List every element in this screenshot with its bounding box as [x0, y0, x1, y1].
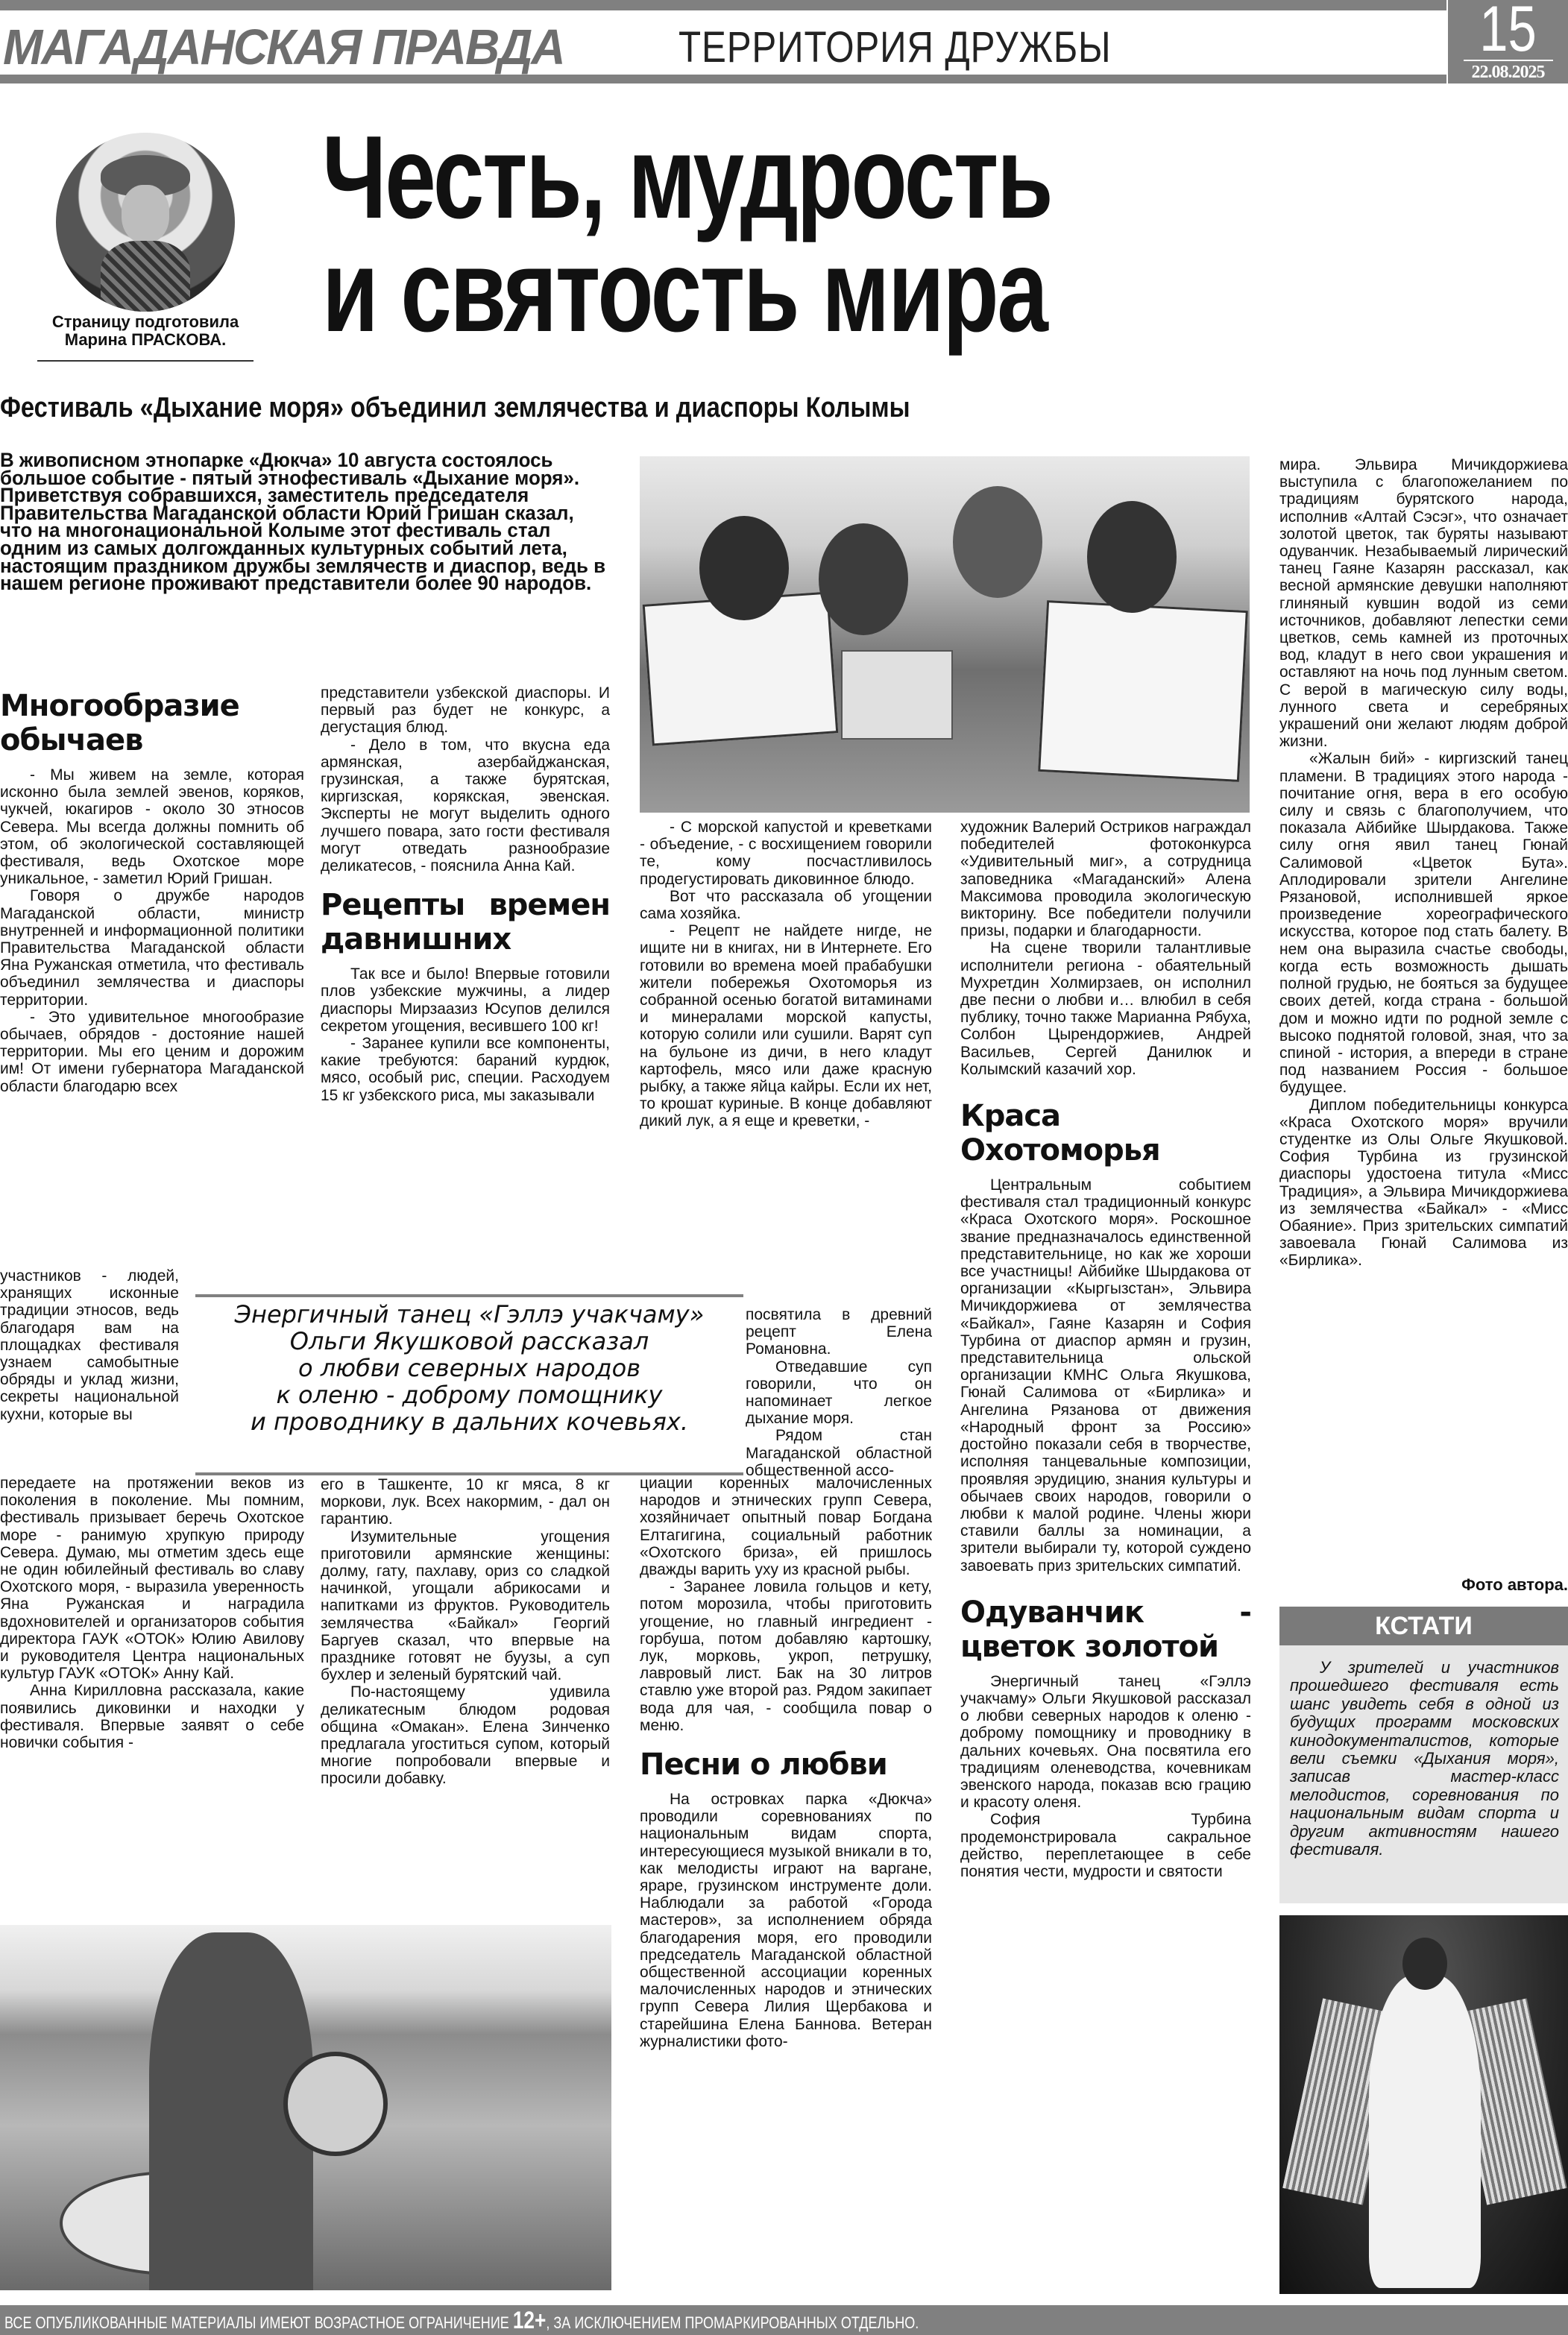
photo-cooking — [0, 1925, 611, 2290]
article-column-3-wrap: посвятила в древний рецепт Елена Романов… — [746, 1306, 932, 1479]
pot-lid-shape — [283, 2052, 388, 2156]
aside-box: У зрителей и участников прошедшего фести… — [1279, 1645, 1568, 1903]
section-heading: Рецепты времен давнишних — [321, 888, 610, 957]
paragraph: мира. Эльвира Мичикдоржиева выступила с … — [1279, 456, 1568, 750]
section-heading: Песни о любви — [640, 1748, 932, 1782]
paragraph: Центральным событием фестиваля стал трад… — [960, 1176, 1251, 1575]
paragraph: представители узбекской диаспоры. И перв… — [321, 684, 610, 737]
headline-line2: и святость мира — [322, 234, 1051, 347]
aside-text: У зрителей и участников прошедшего фести… — [1290, 1659, 1559, 1859]
paragraph: посвятила в древний рецепт Елена Романов… — [746, 1306, 932, 1358]
paragraph: Диплом победительницы конкурса «Краса Ох… — [1279, 1097, 1568, 1270]
paragraph: - Заранее ловила гольцов и кету, потом м… — [640, 1578, 932, 1734]
section-heading: Одуванчик - цветок золотой — [960, 1595, 1251, 1664]
paragraph: художник Валерий Остриков награждал побе… — [960, 819, 1251, 939]
paragraph: - Заранее купили все компоненты, какие т… — [321, 1035, 610, 1104]
section-heading: Многообразие обычаев — [0, 689, 304, 757]
paragraph: Вот что рассказала об угощении сама хозя… — [640, 888, 932, 922]
article-column-3-cont: циации коренных малочисленных народов и … — [640, 1475, 932, 2050]
certificate-shape — [841, 650, 953, 740]
head-shape — [1402, 1938, 1447, 1990]
paragraph: Говоря о дружбе народов Магаданской обла… — [0, 887, 304, 1008]
pullquote-line: и проводнику в дальних кочевьях. — [195, 1408, 743, 1435]
footer-text: ВСЕ ОПУБЛИКОВАННЫЕ МАТЕРИАЛЫ ИМЕЮТ ВОЗРА… — [4, 2313, 509, 2332]
newspaper-logo: МАГАДАНСКАЯ ПРАВДА — [3, 18, 564, 76]
pullquote: Энергичный танец «Гэллэ учакчаму» Ольги … — [195, 1301, 743, 1435]
article-column-1-wrap: участников - людей, хранящих исконные тр… — [0, 1267, 179, 1423]
paragraph: - Это удивительное многообразие обычаев,… — [0, 1009, 304, 1095]
photo-credit: Фото автора. — [1268, 1575, 1568, 1595]
author-divider — [37, 360, 254, 362]
footer-text: , ЗА ИСКЛЮЧЕНИЕМ ПРОМАРКИРОВАННЫХ ОТДЕЛЬ… — [546, 2313, 919, 2332]
paragraph: Так все и было! Впервые готовили плов уз… — [321, 965, 610, 1035]
poster-shape — [1038, 600, 1248, 782]
lead-paragraph: В живописном этнопарке «Дюкча» 10 август… — [0, 452, 608, 593]
section-heading: Краса Охотоморья — [960, 1099, 1251, 1167]
pullquote-line: Ольги Якушковой рассказал — [195, 1328, 743, 1355]
author-caption-line1: Страницу подготовила — [30, 313, 261, 331]
paragraph: На сцене творили талантливые исполнители… — [960, 939, 1251, 1078]
paragraph: циации коренных малочисленных народов и … — [640, 1475, 932, 1578]
pullquote-line: к оленю - доброму помощнику — [195, 1381, 743, 1408]
person-shape — [1087, 501, 1177, 613]
scarf-shape — [101, 241, 190, 312]
face-shape — [122, 185, 169, 243]
author-name: Марина ПРАСКОВА. — [30, 331, 261, 349]
person-shape — [953, 486, 1042, 598]
paragraph: передаете на протяжении веков из поколен… — [0, 1475, 304, 1682]
paragraph: - Рецепт не найдете нигде, не ищите ни в… — [640, 922, 932, 1129]
paragraph: София Турбина продемонстрировала сакраль… — [960, 1811, 1251, 1880]
paragraph: Отведавшие суп говорили, что он напомина… — [746, 1358, 932, 1428]
person-shape — [699, 516, 789, 620]
aside-title: КСТАТИ — [1279, 1607, 1568, 1645]
page-number: 15 — [1460, 0, 1556, 58]
article-column-3: - С морской капустой и креветками - объе… — [640, 819, 932, 1130]
person-shape — [819, 523, 908, 635]
paragraph: По-настоящему удивила деликатесным блюдо… — [321, 1683, 610, 1787]
paragraph: его в Ташкенте, 10 кг мяса, 8 кг моркови… — [321, 1476, 610, 1528]
paragraph: - С морской капустой и креветками - объе… — [640, 819, 932, 888]
paragraph: «Жалын бий» - киргизский танец пламени. … — [1279, 750, 1568, 1096]
paragraph: Изумительные угощения приготовили армянс… — [321, 1528, 610, 1684]
article-column-2-cont: его в Ташкенте, 10 кг мяса, 8 кг моркови… — [321, 1476, 610, 1788]
paragraph: Анна Кирилловна рассказала, какие появил… — [0, 1682, 304, 1751]
age-restriction-footer: ВСЕ ОПУБЛИКОВАННЫЕ МАТЕРИАЛЫ ИМЕЮТ ВОЗРА… — [0, 2305, 1568, 2335]
paragraph: - Дело в том, что вкусна еда армянская, … — [321, 737, 610, 875]
photo-festival-girls — [640, 456, 1250, 813]
author-avatar — [56, 133, 235, 312]
issue-date: 22.08.2025 — [1448, 63, 1568, 82]
paragraph: Энергичный танец «Гэллэ учакчаму» Ольги … — [960, 1673, 1251, 1812]
masthead-top-rule — [0, 0, 1446, 10]
article-column-1: Многообразие обычаев - Мы живем на земле… — [0, 684, 304, 1095]
masthead-bottom-rule — [0, 75, 1446, 83]
page-number-box: 15 22.08.2025 — [1448, 0, 1568, 83]
pullquote-line: Энергичный танец «Гэллэ учакчаму» — [195, 1301, 743, 1328]
paragraph: - Мы живем на земле, которая исконно был… — [0, 766, 304, 887]
article-column-4: художник Валерий Остриков награждал побе… — [960, 819, 1251, 1880]
age-rating: 12+ — [513, 2307, 547, 2334]
dress-shape — [1369, 1975, 1481, 2288]
author-caption: Страницу подготовила Марина ПРАСКОВА. — [30, 313, 261, 349]
pullquote-top-rule — [195, 1294, 743, 1297]
paragraph: На островках парка «Дюкча» проводили сор… — [640, 1791, 932, 2050]
pullquote-bottom-rule — [195, 1472, 743, 1475]
photo-dancer — [1279, 1915, 1568, 2294]
paragraph: Рядом стан Магаданской областной обществ… — [746, 1427, 932, 1479]
section-title: ТЕРРИТОРИЯ ДРУЖБЫ — [678, 22, 1112, 72]
subheadline: Фестиваль «Дыхание моря» объединил земля… — [0, 392, 910, 424]
page-headline: Честь, мудрость и святость мира — [322, 121, 1051, 347]
headline-line1: Честь, мудрость — [322, 121, 1051, 234]
article-column-5: мира. Эльвира Мичикдоржиева выступила с … — [1279, 456, 1568, 1270]
paragraph: участников - людей, хранящих исконные тр… — [0, 1267, 179, 1423]
article-column-2: представители узбекской диаспоры. И перв… — [321, 684, 610, 1104]
article-column-1-cont: передаете на протяжении веков из поколен… — [0, 1475, 304, 1751]
pullquote-line: о любви северных народов — [195, 1355, 743, 1381]
